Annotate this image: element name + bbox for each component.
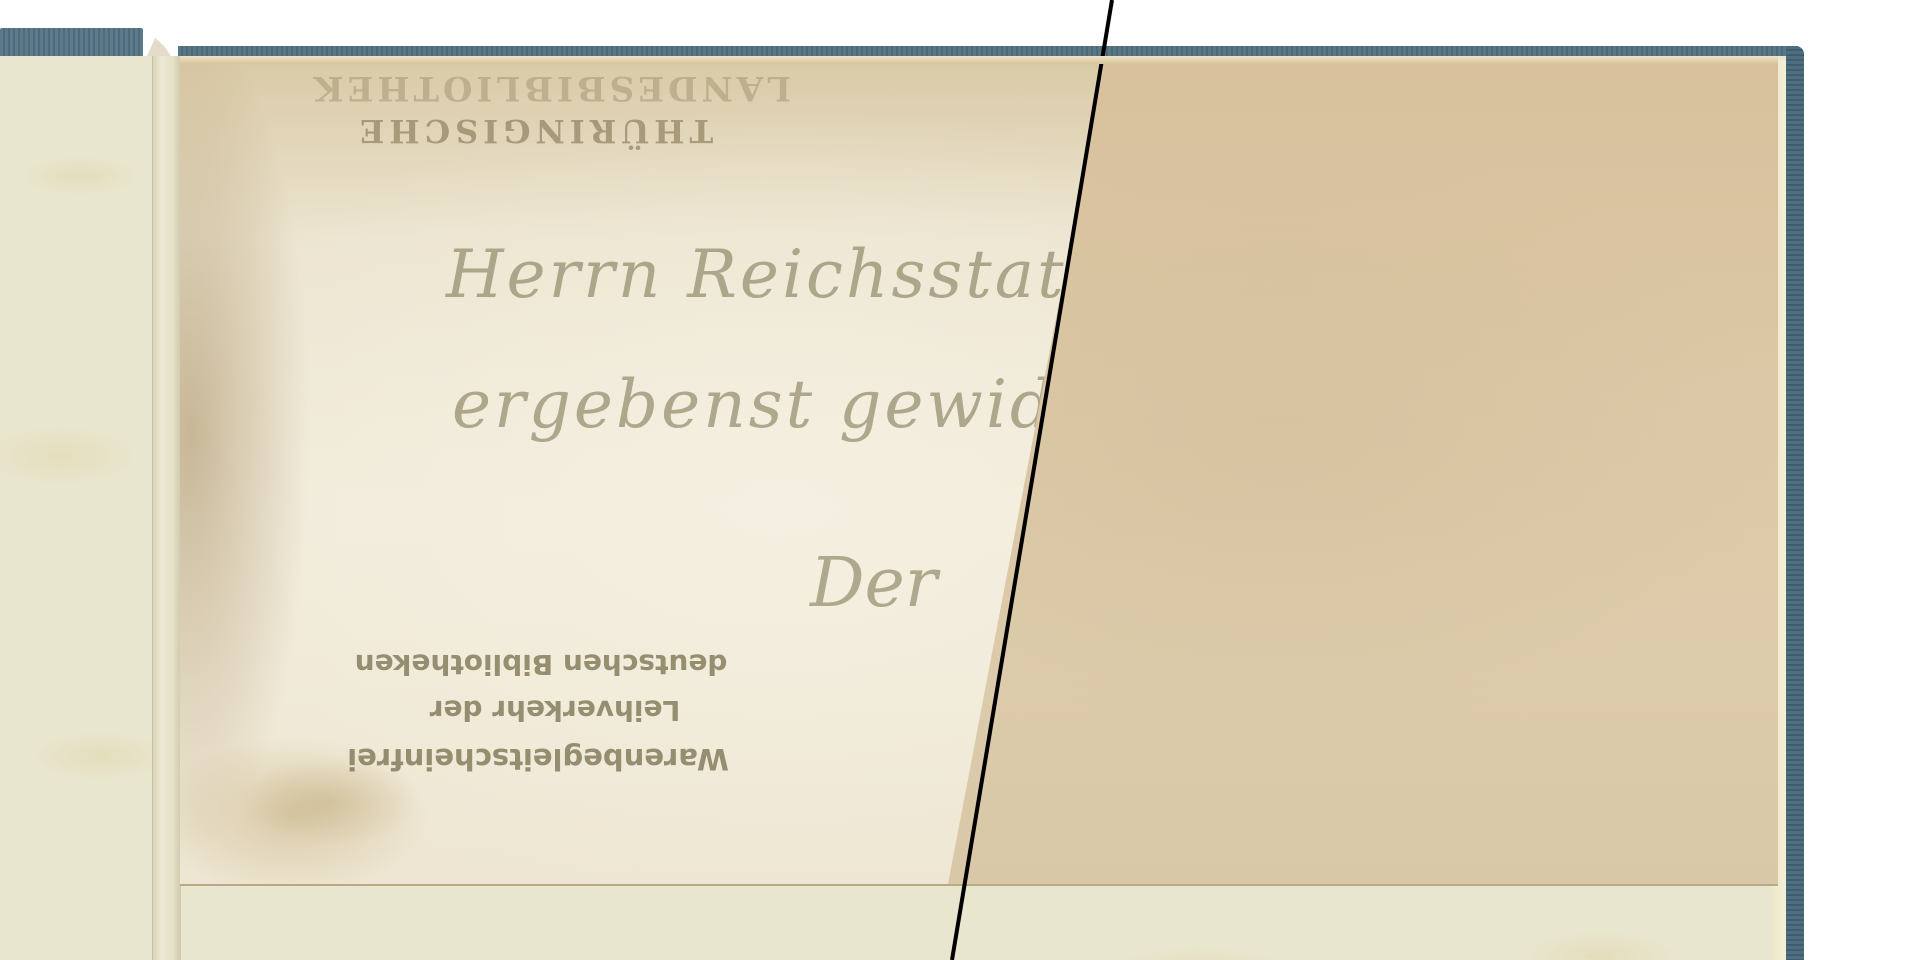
library-slip: LANDESBIBLIOTHEK THÜRINGISCHE Herrn Reic…	[180, 56, 1778, 886]
book-cloth-spine-edge	[0, 28, 143, 56]
torn-paper-fleck	[146, 38, 172, 58]
handwriting-line-2: ergebenst gewid	[452, 366, 1055, 443]
book-cloth-right-edge	[1786, 46, 1804, 960]
inner-hinge	[152, 56, 181, 960]
mirrored-stamp-line-2: Leihverkehr der	[380, 694, 730, 727]
handwriting-line-3: Der	[810, 544, 937, 623]
slip-top-edge	[180, 56, 1778, 64]
mirrored-stamp-line-3: Warenbegleitscheinfrei	[298, 742, 778, 776]
book-scan: LANDESBIBLIOTHEK THÜRINGISCHE Herrn Reic…	[0, 0, 1920, 960]
mirrored-stamp-line-1: deutschen Bibliotheken	[306, 648, 776, 681]
